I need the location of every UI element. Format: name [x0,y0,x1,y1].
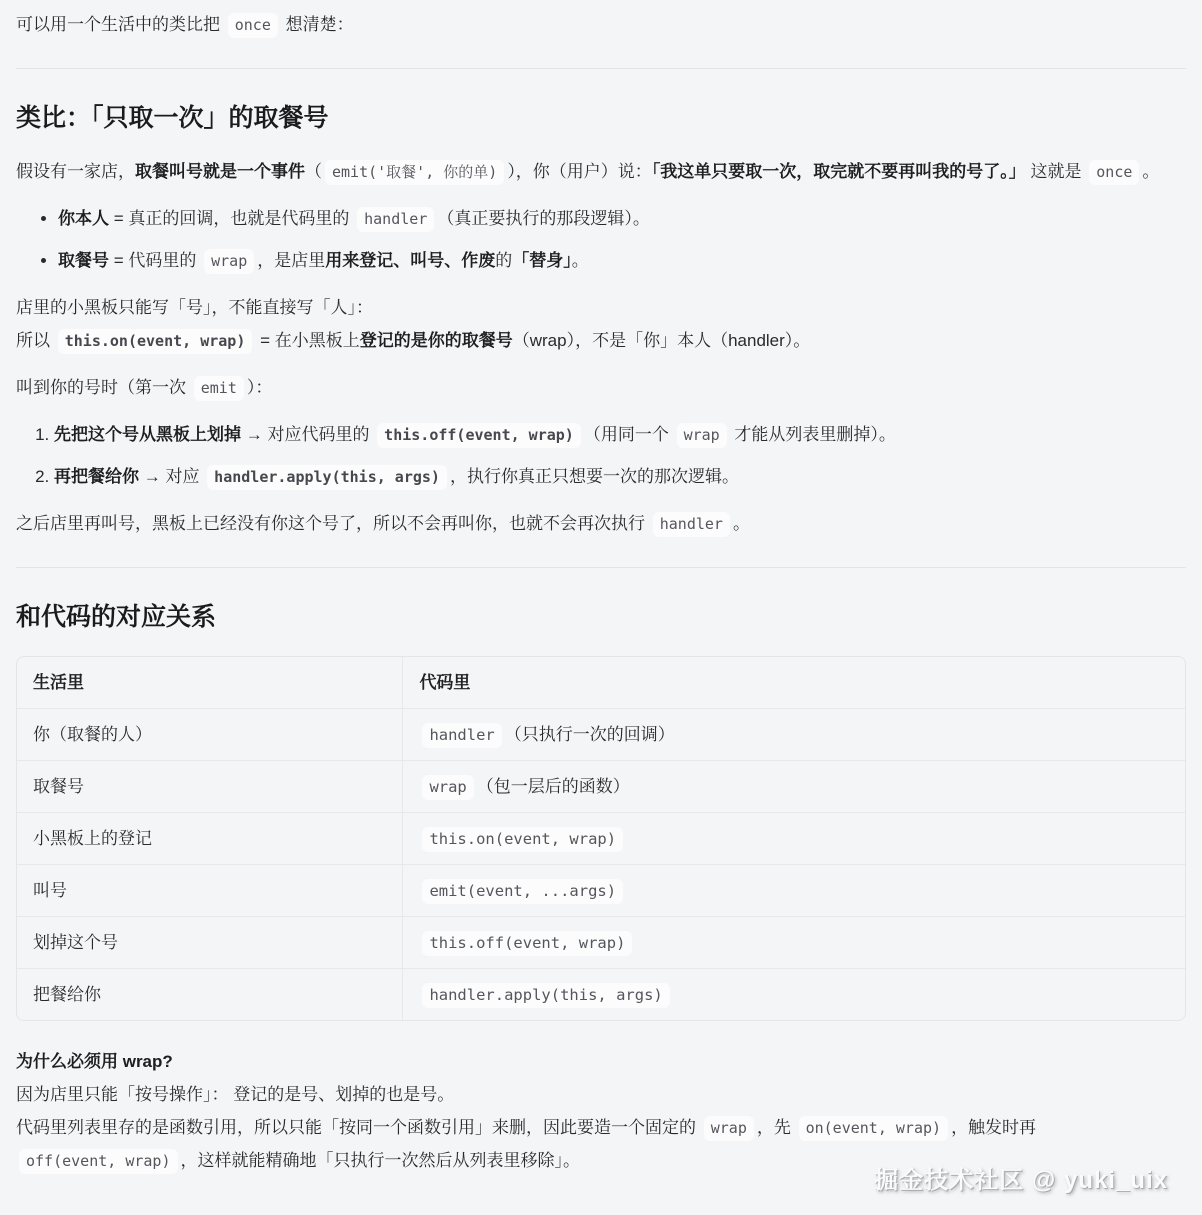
table-cell: 小黑板上的登记 [17,813,402,865]
bold-text: 取餐号 [58,251,109,270]
inline-code: wrap [677,423,727,448]
table-cell: 叫号 [17,865,402,917]
text-run: （ [305,162,322,181]
text-run: 想清楚： [281,15,354,34]
bold-text: 为什么必须用 wrap? [16,1052,173,1071]
table-header: 生活里代码里 [17,657,1185,709]
section-heading: 类比：「只取一次」的取餐号 [16,103,1186,133]
table-row: 你（取餐的人）handler（只执行一次的回调） [17,709,1185,761]
inline-code: handler [653,512,730,537]
text-run: 可以用一个生活中的类比把 [16,15,225,34]
text-run: = 代码里的 [109,251,201,270]
text-run: 把餐给你 [33,985,101,1004]
text-run: （只执行一次的回调） [505,725,675,744]
inline-code: handler [357,207,434,232]
text-run: ，先 [757,1118,796,1137]
text-run: ，这样就能精确地「只执行一次然后从列表里移除」。 [181,1151,581,1170]
table-cell: this.on(event, wrap) [402,813,1185,865]
text-run: → 对应 [139,467,204,486]
section-heading: 和代码的对应关系 [16,602,1186,632]
bold-text: 再把餐给你 [54,467,139,486]
text-run: 这就是 [1026,162,1086,181]
table-row: 取餐号wrap（包一层后的函数） [17,761,1185,813]
text-run: 的 [495,251,512,270]
inline-code: this.on(event, wrap) [58,329,253,354]
text-run: ，是店里 [257,251,325,270]
text-run: （包一层后的函数） [477,777,630,796]
inline-code: off(event, wrap) [19,1149,178,1174]
inline-code: handler [422,723,501,748]
text-run: 所以 [16,331,55,350]
bold-text: 取餐叫号就是一个事件 [135,162,305,181]
article: 可以用一个生活中的类比把 once 想清楚：类比：「只取一次」的取餐号假设有一家… [0,0,1202,1215]
inline-code: emit(event, ...args) [422,879,623,904]
text-run: 假设有一家店， [16,162,135,181]
table-cell: 把餐给你 [17,969,402,1020]
text-run: 叫到你的号时（第一次 [16,378,191,397]
text-run: → 对应代码里的 [241,425,374,444]
numbered-list: 先把这个号从黑板上划掉 → 对应代码里的 this.off(event, wra… [16,418,1186,493]
text-run: （wrap），不是「你」本人（handler）。 [513,331,811,350]
bullet-list: 你本人 = 真正的回调，也就是代码里的 handler（真正要执行的那段逻辑）。… [16,202,1186,277]
list-item: 先把这个号从黑板上划掉 → 对应代码里的 this.off(event, wra… [54,418,1186,451]
column-header: 代码里 [402,657,1185,709]
table-header-row: 生活里代码里 [17,657,1185,709]
bold-text: 用来登记、叫号、作废 [325,251,495,270]
table-body: 你（取餐的人）handler（只执行一次的回调）取餐号wrap（包一层后的函数）… [17,709,1185,1020]
bold-text: 你本人 [58,209,109,228]
text-run: 取餐号 [33,777,84,796]
table-cell: handler（只执行一次的回调） [402,709,1185,761]
text-run: = 在小黑板上 [255,331,359,350]
bold-text: 先把这个号从黑板上划掉 [54,425,241,444]
inline-code: once [228,13,278,38]
bold-text: 登记的是你的取餐号 [360,331,513,350]
text-run: = 真正的回调，也就是代码里的 [109,209,354,228]
text-run: 你（取餐的人） [33,725,152,744]
inline-code: emit('取餐', 你的单) [325,160,504,185]
paragraph: 为什么必须用 wrap?因为店里只能「按号操作」： 登记的是号、划掉的也是号。代… [16,1045,1186,1177]
text-run: ，执行你真正只想要一次的那次逻辑。 [450,467,739,486]
inline-code: once [1089,160,1139,185]
inline-code: emit [194,376,244,401]
text-run: 因为店里只能「按号操作」： 登记的是号、划掉的也是号。 [16,1085,454,1104]
bold-text: 「我这单只要取一次，取完就不要再叫我的号了。」 [652,162,1026,181]
text-run: 叫号 [33,881,67,900]
table-row: 叫号emit(event, ...args) [17,865,1185,917]
column-header: 生活里 [17,657,402,709]
text-run: ）： [247,378,273,397]
table-cell: 你（取餐的人） [17,709,402,761]
table-cell: emit(event, ...args) [402,865,1185,917]
text-run: 。 [733,514,750,533]
list-item: 你本人 = 真正的回调，也就是代码里的 handler（真正要执行的那段逻辑）。 [58,202,1186,235]
paragraph: 之后店里再叫号，黑板上已经没有你这个号了，所以不会再叫你，也就不会再次执行 ha… [16,507,1186,540]
inline-code: handler.apply(this, args) [207,465,447,490]
text-run: 店里的小黑板只能写「号」，不能直接写「人」： [16,298,373,317]
inline-code: this.off(event, wrap) [377,423,581,448]
table-cell: wrap（包一层后的函数） [402,761,1185,813]
paragraph: 叫到你的号时（第一次 emit）： [16,371,1186,404]
text-run: 代码里列表里存的是函数引用，所以只能「按同一个函数引用」来删，因此要造一个固定的 [16,1118,701,1137]
article-blocks: 可以用一个生活中的类比把 once 想清楚：类比：「只取一次」的取餐号假设有一家… [16,8,1186,1177]
table-cell: handler.apply(this, args) [402,969,1185,1020]
text-run: （用同一个 [584,425,674,444]
inline-code: this.on(event, wrap) [422,827,623,852]
inline-code: wrap [704,1116,754,1141]
text-run: 划掉这个号 [33,933,118,952]
text-run: 小黑板上的登记 [33,829,152,848]
table-row: 把餐给你handler.apply(this, args) [17,969,1185,1020]
text-run: ），你（用户）说： [507,162,652,181]
bold-text: 「替身」 [512,251,572,270]
inline-code: wrap [204,249,254,274]
table-row: 小黑板上的登记this.on(event, wrap) [17,813,1185,865]
divider [16,567,1186,568]
text-run: （真正要执行的那段逻辑）。 [437,209,650,228]
list-item: 取餐号 = 代码里的 wrap，是店里用来登记、叫号、作废的「替身」。 [58,244,1186,277]
inline-code: this.off(event, wrap) [422,931,632,956]
divider [16,68,1186,69]
inline-code: on(event, wrap) [799,1116,948,1141]
text-run: 。 [1142,162,1159,181]
paragraph: 可以用一个生活中的类比把 once 想清楚： [16,8,1186,41]
list-item: 再把餐给你 → 对应 handler.apply(this, args)，执行你… [54,460,1186,493]
text-run: 。 [572,251,589,270]
paragraph: 假设有一家店，取餐叫号就是一个事件（emit('取餐', 你的单)），你（用户）… [16,155,1186,188]
text-run: 才能从列表里删掉）。 [730,425,896,444]
text-run: ，触发时再 [951,1118,1036,1137]
inline-code: handler.apply(this, args) [422,983,669,1008]
table-cell: 取餐号 [17,761,402,813]
text-run: 之后店里再叫号，黑板上已经没有你这个号了，所以不会再叫你，也就不会再次执行 [16,514,650,533]
mapping-table: 生活里代码里你（取餐的人）handler（只执行一次的回调）取餐号wrap（包一… [16,656,1186,1021]
paragraph: 店里的小黑板只能写「号」，不能直接写「人」：所以 this.on(event, … [16,291,1186,357]
table-cell: this.off(event, wrap) [402,917,1185,969]
table-row: 划掉这个号this.off(event, wrap) [17,917,1185,969]
table-cell: 划掉这个号 [17,917,402,969]
inline-code: wrap [422,775,473,800]
